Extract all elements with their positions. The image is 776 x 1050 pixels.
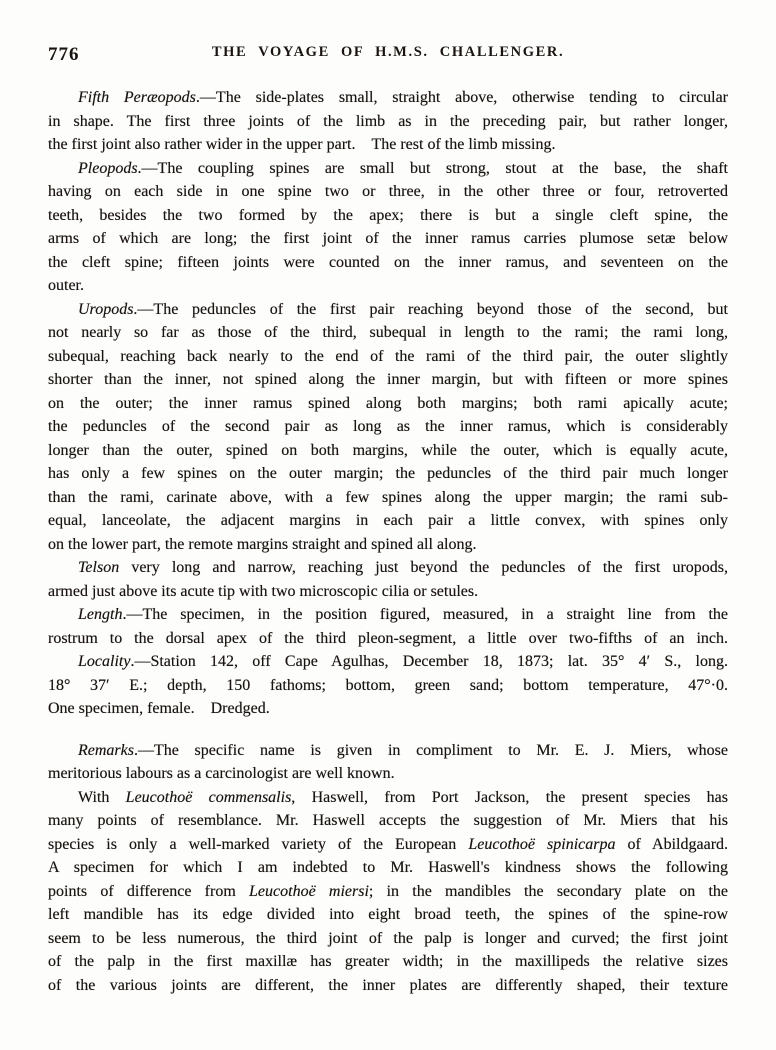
italic-term: Length xyxy=(78,606,122,623)
text-segment: has only a few spines on the outer margi… xyxy=(48,465,728,482)
text-line: has only a few spines on the outer margi… xyxy=(48,462,728,486)
text-line: having on each side in one spine two or … xyxy=(48,180,728,204)
text-line: left mandible has its edge divided into … xyxy=(48,903,728,927)
text-segment: outer. xyxy=(48,277,84,294)
text-line: seem to be less numerous, the third join… xyxy=(48,927,728,951)
text-segment: meritorious labours as a carcinologist a… xyxy=(48,765,395,782)
paragraph-length: Length.—The specimen, in the position fi… xyxy=(48,603,728,650)
text-line: Fifth Peræopods.—The side-plates small, … xyxy=(48,86,728,110)
text-segment: rostrum to the dorsal apex of the third … xyxy=(48,630,728,647)
text-segment: in shape. The first three joints of the … xyxy=(48,113,728,130)
text-segment: ; in the mandibles the secondary plate o… xyxy=(369,883,728,900)
text-line: Uropods.—The peduncles of the first pair… xyxy=(48,298,728,322)
italic-term: Uropods xyxy=(78,301,133,318)
text-segment: many points of resemblance. Mr. Haswell … xyxy=(48,812,728,829)
text-segment: of the various joints are different, the… xyxy=(48,977,728,994)
text-segment: on the outer; the inner ramus spined alo… xyxy=(48,395,728,412)
text-segment: teeth, besides the two formed by the ape… xyxy=(48,207,728,224)
paragraph-pleopods: Pleopods.—The coupling spines are small … xyxy=(48,157,728,298)
paragraph-fifth-peraeopods: Fifth Peræopods.—The side-plates small, … xyxy=(48,86,728,157)
text-segment: not nearly so far as those of the third,… xyxy=(48,324,728,341)
text-segment: .—The specific name is given in complime… xyxy=(134,742,728,759)
text-segment: 18° 37′ E.; depth, 150 fathoms; bottom, … xyxy=(48,677,728,694)
text-line: on the outer; the inner ramus spined alo… xyxy=(48,392,728,416)
text-segment: equal, lanceolate, the adjacent margins … xyxy=(48,512,728,529)
text-segment: shorter than the inner, not spined along… xyxy=(48,371,728,388)
text-line: rostrum to the dorsal apex of the third … xyxy=(48,627,728,651)
text-line: subequal, reaching back nearly to the en… xyxy=(48,345,728,369)
text-line: than the rami, carinate above, with a fe… xyxy=(48,486,728,510)
text-line: armed just above its acute tip with two … xyxy=(48,580,728,604)
italic-term: Leucothoë miersi xyxy=(249,883,369,900)
text-segment: armed just above its acute tip with two … xyxy=(48,583,478,600)
book-page: 776 THE VOYAGE OF H.M.S. CHALLENGER. Fif… xyxy=(0,0,776,1050)
text-line: A specimen for which I am indebted to Mr… xyxy=(48,856,728,880)
text-line: species is only a well-marked variety of… xyxy=(48,833,728,857)
italic-term: Fifth Peræopods xyxy=(78,89,196,106)
text-segment: of Abildgaard. xyxy=(616,836,729,853)
page-number: 776 xyxy=(48,44,80,66)
text-line: Length.—The specimen, in the position fi… xyxy=(48,603,728,627)
text-segment: the first joint also rather wider in the… xyxy=(48,136,555,153)
text-segment: , Haswell, from Port Jackson, the presen… xyxy=(291,789,728,806)
text-segment: on the lower part, the remote margins st… xyxy=(48,536,476,553)
text-segment: .—The specimen, in the position figured,… xyxy=(122,606,728,623)
text-segment: very long and narrow, reaching just beyo… xyxy=(119,559,728,576)
text-line: of the various joints are different, the… xyxy=(48,974,728,998)
text-line: the first joint also rather wider in the… xyxy=(48,133,728,157)
text-line: the peduncles of the second pair as long… xyxy=(48,415,728,439)
text-line: on the lower part, the remote margins st… xyxy=(48,533,728,557)
text-line: longer than the outer, spined on both ma… xyxy=(48,439,728,463)
text-line: Pleopods.—The coupling spines are small … xyxy=(48,157,728,181)
text-segment: the cleft spine; fifteen joints were cou… xyxy=(48,254,728,271)
text-segment: .—The coupling spines are small but stro… xyxy=(138,160,728,177)
paragraph-remarks: Remarks.—The specific name is given in c… xyxy=(48,739,728,786)
text-line: outer. xyxy=(48,274,728,298)
text-segment: .—The peduncles of the first pair reachi… xyxy=(133,301,728,318)
text-segment: left mandible has its edge divided into … xyxy=(48,906,728,923)
paragraph-locality: Locality.—Station 142, off Cape Agulhas,… xyxy=(48,650,728,721)
text-segment: longer than the outer, spined on both ma… xyxy=(48,442,728,459)
text-line: not nearly so far as those of the third,… xyxy=(48,321,728,345)
text-segment: points of difference from xyxy=(48,883,249,900)
italic-term: Leucothoë commensalis xyxy=(126,789,292,806)
paragraph-telson: Telson very long and narrow, reaching ju… xyxy=(48,556,728,603)
text-line: Remarks.—The specific name is given in c… xyxy=(48,739,728,763)
text-segment: With xyxy=(78,789,126,806)
text-segment: .—The side-plates small, straight above,… xyxy=(196,89,728,106)
text-line: meritorious labours as a carcinologist a… xyxy=(48,762,728,786)
text-segment: species is only a well-marked variety of… xyxy=(48,836,468,853)
page-header: 776 THE VOYAGE OF H.M.S. CHALLENGER. xyxy=(48,44,728,66)
text-line: One specimen, female. Dredged. xyxy=(48,697,728,721)
paragraph-comparison-leucothoe: With Leucothoë commensalis, Haswell, fro… xyxy=(48,786,728,998)
text-segment: subequal, reaching back nearly to the en… xyxy=(48,348,728,365)
italic-term: Locality xyxy=(78,653,130,670)
paragraph-uropods: Uropods.—The peduncles of the first pair… xyxy=(48,298,728,557)
text-line: equal, lanceolate, the adjacent margins … xyxy=(48,509,728,533)
text-line: With Leucothoë commensalis, Haswell, fro… xyxy=(48,786,728,810)
running-title: THE VOYAGE OF H.M.S. CHALLENGER. xyxy=(48,44,728,61)
italic-term: Telson xyxy=(78,559,119,576)
text-segment: the peduncles of the second pair as long… xyxy=(48,418,728,435)
text-line: Telson very long and narrow, reaching ju… xyxy=(48,556,728,580)
text-segment: of the palp in the first maxillæ has gre… xyxy=(48,953,728,970)
text-segment: .—Station 142, off Cape Agulhas, Decembe… xyxy=(130,653,728,670)
italic-term: Remarks xyxy=(78,742,134,759)
text-line: points of difference from Leucothoë mier… xyxy=(48,880,728,904)
italic-term: Pleopods xyxy=(78,160,138,177)
text-line: of the palp in the first maxillæ has gre… xyxy=(48,950,728,974)
italic-term: Leucothoë spinicarpa xyxy=(468,836,615,853)
text-line: in shape. The first three joints of the … xyxy=(48,110,728,134)
text-line: shorter than the inner, not spined along… xyxy=(48,368,728,392)
text-line: Locality.—Station 142, off Cape Agulhas,… xyxy=(48,650,728,674)
text-segment: arms of which are long; the first joint … xyxy=(48,230,728,247)
text-line: the cleft spine; fifteen joints were cou… xyxy=(48,251,728,275)
text-line: arms of which are long; the first joint … xyxy=(48,227,728,251)
text-segment: A specimen for which I am indebted to Mr… xyxy=(48,859,728,876)
text-segment: than the rami, carinate above, with a fe… xyxy=(48,489,728,506)
text-segment: seem to be less numerous, the third join… xyxy=(48,930,728,947)
text-segment: having on each side in one spine two or … xyxy=(48,183,728,200)
text-line: many points of resemblance. Mr. Haswell … xyxy=(48,809,728,833)
text-body: Fifth Peræopods.—The side-plates small, … xyxy=(48,86,728,997)
text-line: 18° 37′ E.; depth, 150 fathoms; bottom, … xyxy=(48,674,728,698)
text-segment: One specimen, female. Dredged. xyxy=(48,700,270,717)
text-line: teeth, besides the two formed by the ape… xyxy=(48,204,728,228)
